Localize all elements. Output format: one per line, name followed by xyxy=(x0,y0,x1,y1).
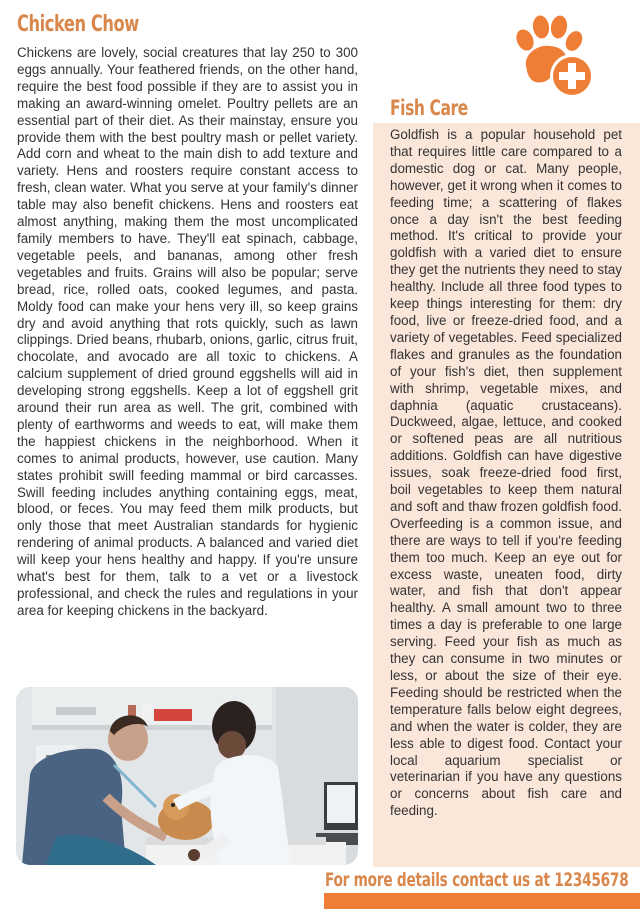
fish-care-heading: Fish Care xyxy=(390,96,468,120)
footer-accent-bar xyxy=(324,893,640,909)
fish-care-body: Goldfish is a popular household pet that… xyxy=(390,127,622,820)
contact-footer-text: For more details contact us at 12345678 xyxy=(325,869,628,891)
chicken-chow-body: Chickens are lovely, social creatures th… xyxy=(17,45,358,620)
photo-illustration xyxy=(16,687,358,865)
paw-plus-icon xyxy=(512,14,598,100)
chicken-chow-heading: Chicken Chow xyxy=(17,12,139,37)
vet-examining-dog-photo xyxy=(16,687,358,865)
